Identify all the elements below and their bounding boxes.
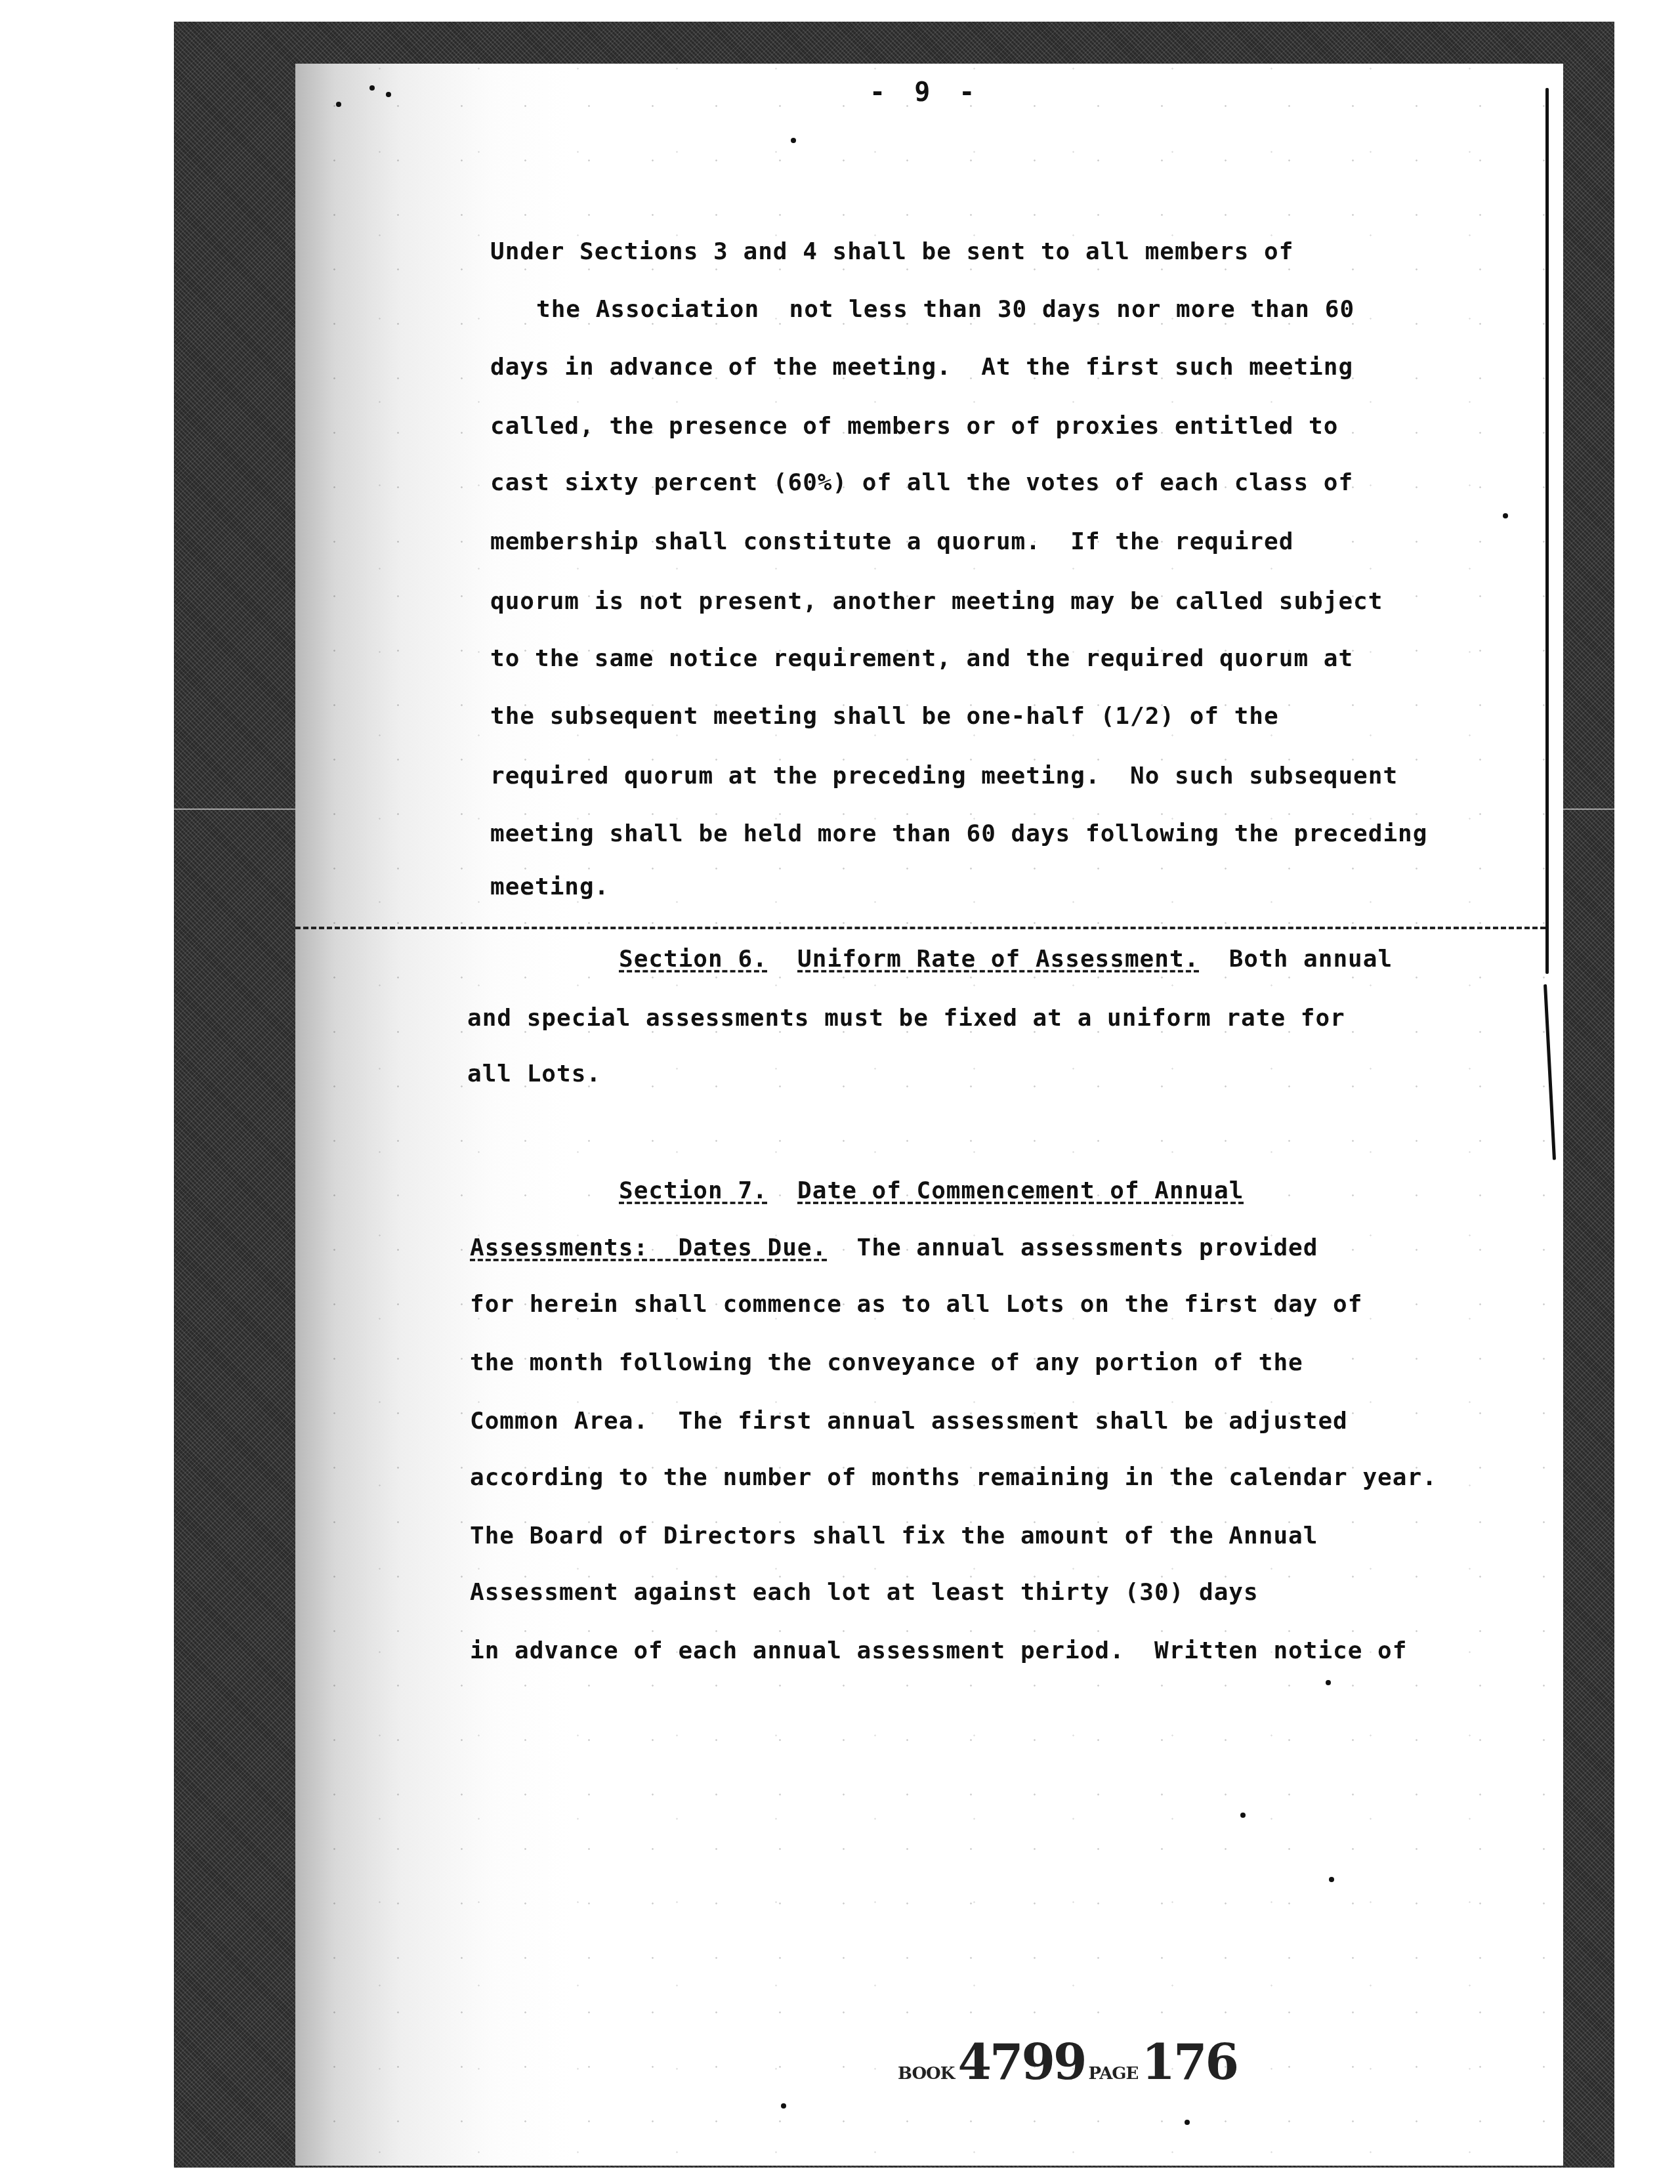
scan-speck (1326, 1680, 1331, 1685)
section-6-title: Uniform Rate of Assessment. (797, 946, 1199, 973)
section-7-title-cont: Assessments: Dates Due. (470, 1234, 827, 1261)
text-line: meeting. (490, 873, 609, 902)
section-7-title: Date of Commencement of Annual (797, 1177, 1244, 1204)
book-number: 4799 (957, 2034, 1085, 2091)
section-7-heading-cont: Assessments: Dates Due. The annual asses… (470, 1234, 1318, 1263)
text-line: all Lots. (467, 1060, 601, 1089)
text-line: the month following the conveyance of an… (470, 1349, 1303, 1377)
scan-speck (369, 85, 375, 91)
text-fragment: The annual assessments provided (857, 1234, 1318, 1261)
section-6-heading: Section 6. Uniform Rate of Assessment. B… (619, 945, 1393, 974)
text-line: days in advance of the meeting. At the f… (490, 353, 1353, 382)
text-line: Under Sections 3 and 4 shall be sent to … (490, 238, 1293, 266)
stamp-page-number: 176 (1141, 2034, 1236, 2091)
text-line: called, the presence of members or of pr… (490, 412, 1338, 441)
text-line: the subsequent meeting shall be one-half… (490, 702, 1279, 731)
text-line: The Board of Directors shall fix the amo… (470, 1522, 1318, 1551)
text-line: cast sixty percent (60%) of all the vote… (490, 469, 1353, 497)
text-line: meeting shall be held more than 60 days … (490, 820, 1427, 849)
section-7-heading: Section 7. Date of Commencement of Annua… (619, 1177, 1244, 1206)
book-label: BOOK (898, 2064, 954, 2084)
scan-speck (1185, 2120, 1190, 2125)
page-number: - 9 - (870, 77, 981, 108)
scan-speck (781, 2103, 786, 2109)
page-label: PAGE (1089, 2064, 1139, 2084)
text-line: in advance of each annual assessment per… (470, 1637, 1407, 1666)
section-6-number: Section 6. (619, 946, 768, 973)
scan-speck (1329, 1877, 1334, 1882)
scan-speck (791, 138, 796, 143)
text-line: to the same notice requirement, and the … (490, 644, 1353, 673)
text-line: the Association not less than 30 days no… (536, 295, 1354, 324)
text-line: and special assessments must be fixed at… (467, 1004, 1345, 1033)
text-line: required quorum at the preceding meeting… (490, 762, 1398, 791)
section-7-number: Section 7. (619, 1177, 768, 1204)
text-line: for herein shall commence as to all Lots… (470, 1290, 1362, 1319)
text-line: according to the number of months remain… (470, 1463, 1437, 1492)
scan-speck (386, 92, 391, 97)
text-fragment: Both annual (1229, 946, 1393, 973)
margin-rule (1545, 88, 1549, 974)
text-line: Common Area. The first annual assessment… (470, 1407, 1348, 1436)
scan-speck (1503, 513, 1508, 518)
text-line: quorum is not present, another meeting m… (490, 587, 1383, 616)
scan-speck (336, 102, 341, 107)
dashed-separator (295, 927, 1545, 929)
text-line: Assessment against each lot at least thi… (470, 1578, 1259, 1607)
scan-speck (1240, 1813, 1246, 1818)
text-line: membership shall constitute a quorum. If… (490, 528, 1293, 556)
recording-stamp: BOOK 4799 PAGE 176 (898, 2034, 1237, 2091)
